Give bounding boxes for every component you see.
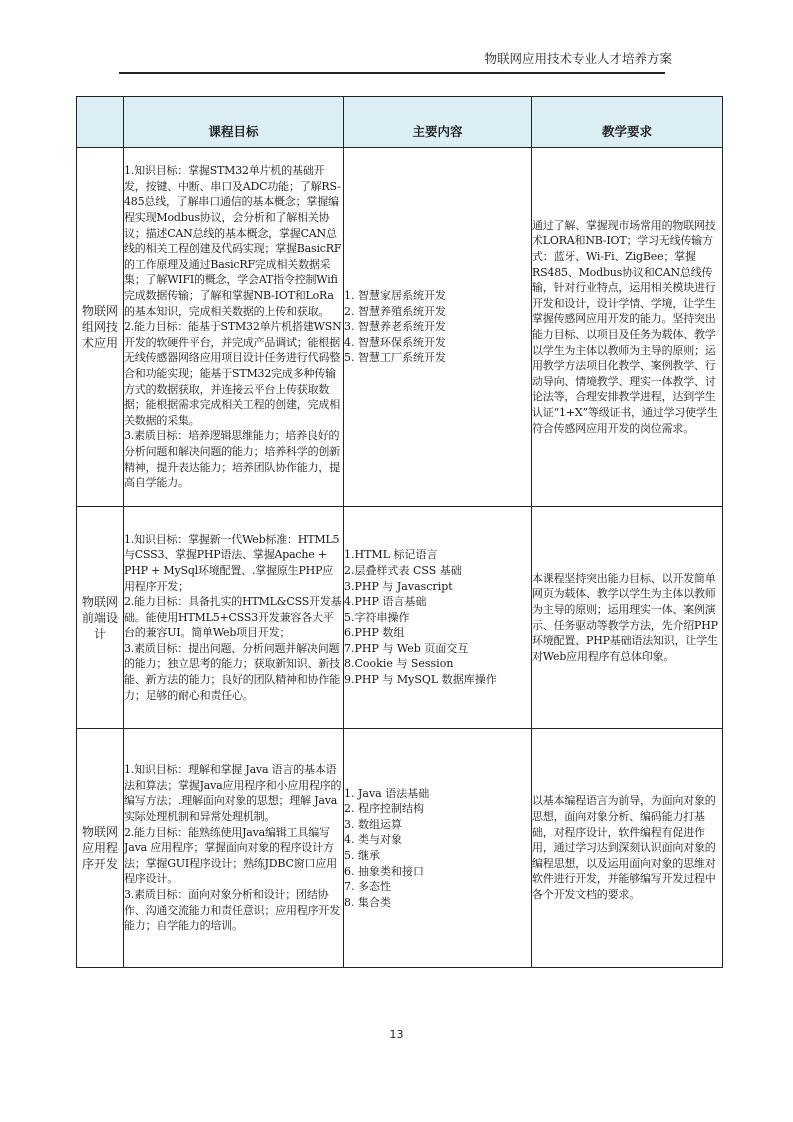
table-row: 物联网前端设计 1.知识目标：掌握新一代Web标准：HTML5与CSS3、掌握P… bbox=[77, 507, 723, 729]
curriculum-table: 课程目标 主要内容 教学要求 物联网组网技术应用 1.知识目标：掌握STM32单… bbox=[76, 96, 723, 968]
header-teaching-requirements: 教学要求 bbox=[532, 97, 723, 148]
content-item: 8. 集合类 bbox=[344, 895, 531, 911]
content-item: 7. 多态性 bbox=[344, 879, 531, 895]
main-content: 1.HTML 标记语言 2.层叠样式表 CSS 基础 3.PHP 与 Javas… bbox=[344, 507, 532, 729]
goal-ability: 2.能力目标：能熟练使用Java编辑工具编写Java 应用程序；掌握面向对象的程… bbox=[124, 825, 343, 887]
content-item: 4. 智慧环保系统开发 bbox=[344, 335, 531, 351]
content-item: 6. 抽象类和接口 bbox=[344, 864, 531, 880]
course-name: 物联网组网技术应用 bbox=[77, 148, 124, 507]
header-course-goals: 课程目标 bbox=[124, 97, 344, 148]
course-name: 物联网前端设计 bbox=[77, 507, 124, 729]
goal-quality: 3.素质目标：提出问题、分析问题并解决问题的能力；独立思考的能力；获取新知识、新… bbox=[124, 641, 343, 703]
course-name: 物联网应用程序开发 bbox=[77, 729, 124, 968]
teaching-requirements: 以基本编程语言为前导，为面向对象的思想，面向对象分析、编码能力打基础，对程序设计… bbox=[532, 729, 723, 968]
content-item: 8.Cookie 与 Session bbox=[344, 656, 531, 672]
header-course-name bbox=[77, 97, 124, 148]
content-item: 6.PHP 数组 bbox=[344, 625, 531, 641]
main-content: 1. 智慧家居系统开发 2. 智慧养殖系统开发 3. 智慧养老系统开发 4. 智… bbox=[344, 148, 532, 507]
content-item: 9.PHP 与 MySQL 数据库操作 bbox=[344, 672, 531, 688]
goal-ability: 2.能力目标：能基于STM32单片机搭建WSN开发的软硬件平台，并完成产品调试；… bbox=[124, 319, 343, 428]
content-item: 5.字符串操作 bbox=[344, 610, 531, 626]
header-rule bbox=[119, 72, 665, 74]
content-item: 1.HTML 标记语言 bbox=[344, 547, 531, 563]
goal-quality: 3.素质目标：面向对象分析和设计；团结协作、沟通交流能力和责任意识；应用程序开发… bbox=[124, 887, 343, 934]
content-item: 3. 智慧养老系统开发 bbox=[344, 319, 531, 335]
goal-knowledge: 1.知识目标：理解和掌握 Java 语言的基本语法和算法；掌握Java应用程序和… bbox=[124, 762, 343, 824]
content-item: 5. 继承 bbox=[344, 848, 531, 864]
course-goals: 1.知识目标：掌握新一代Web标准：HTML5与CSS3、掌握PHP语法、掌握A… bbox=[124, 507, 344, 729]
content-item: 4.PHP 语言基础 bbox=[344, 594, 531, 610]
content-item: 2. 智慧养殖系统开发 bbox=[344, 304, 531, 320]
table-row: 物联网应用程序开发 1.知识目标：理解和掌握 Java 语言的基本语法和算法；掌… bbox=[77, 729, 723, 968]
page-number: 13 bbox=[0, 1028, 793, 1041]
course-goals: 1.知识目标：理解和掌握 Java 语言的基本语法和算法；掌握Java应用程序和… bbox=[124, 729, 344, 968]
goal-quality: 3.素质目标：培养逻辑思维能力；培养良好的分析问题和解决问题的能力；培养科学的创… bbox=[124, 428, 343, 490]
content-item: 1. Java 语法基础 bbox=[344, 786, 531, 802]
course-goals: 1.知识目标：掌握STM32单片机的基础开发，按键、中断、串口及ADC功能；了解… bbox=[124, 148, 344, 507]
main-content: 1. Java 语法基础 2. 程序控制结构 3. 数组运算 4. 类与对象 5… bbox=[344, 729, 532, 968]
running-header: 物联网应用技术专业人才培养方案 bbox=[484, 49, 672, 67]
content-item: 3.PHP 与 Javascript bbox=[344, 579, 531, 595]
teaching-requirements: 通过了解、掌握现市场常用的物联网技术LORA和NB-IOT；学习无线传输方式：蓝… bbox=[532, 148, 723, 507]
content-item: 1. 智慧家居系统开发 bbox=[344, 288, 531, 304]
table-header-row: 课程目标 主要内容 教学要求 bbox=[77, 97, 723, 148]
header-main-content: 主要内容 bbox=[344, 97, 532, 148]
content-item: 2.层叠样式表 CSS 基础 bbox=[344, 563, 531, 579]
content-item: 4. 类与对象 bbox=[344, 832, 531, 848]
goal-ability: 2.能力目标：具备扎实的HTML&CSS开发基础。能使用HTML5+CSS3开发… bbox=[124, 594, 343, 641]
content-item: 2. 程序控制结构 bbox=[344, 801, 531, 817]
goal-knowledge: 1.知识目标：掌握STM32单片机的基础开发，按键、中断、串口及ADC功能；了解… bbox=[124, 163, 343, 319]
content-item: 7.PHP 与 Web 页面交互 bbox=[344, 641, 531, 657]
teaching-requirements: 本课程坚持突出能力目标、以开发简单网页为载体、教学以学生为主体以教师为主导的原则… bbox=[532, 507, 723, 729]
content-item: 3. 数组运算 bbox=[344, 817, 531, 833]
content-item: 5. 智慧工厂系统开发 bbox=[344, 350, 531, 366]
table-row: 物联网组网技术应用 1.知识目标：掌握STM32单片机的基础开发，按键、中断、串… bbox=[77, 148, 723, 507]
goal-knowledge: 1.知识目标：掌握新一代Web标准：HTML5与CSS3、掌握PHP语法、掌握A… bbox=[124, 532, 343, 594]
